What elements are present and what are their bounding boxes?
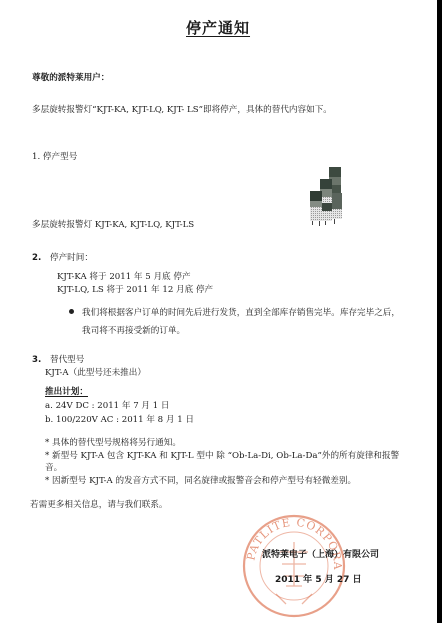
intro-paragraph: 多层旋转报警灯“KJT-KA, KJT-LQ, KJT- LS”即将停产，具体的… bbox=[32, 103, 332, 115]
notice-page: 停产通知 尊敬的派特莱用户： 多层旋转报警灯“KJT-KA, KJT-LQ, K… bbox=[0, 0, 437, 623]
shipping-note-line-2: 我司将不再接受新的订单。 bbox=[82, 324, 185, 336]
shipping-note-line-1: 我们将根据客户订单的时间先后进行发货，直到全部库存销售完毕。库存完毕之后， bbox=[69, 306, 400, 318]
section-1-heading: 1. 停产型号 bbox=[32, 150, 77, 162]
company-signature: 派特莱电子（上海）有限公司 bbox=[262, 547, 379, 560]
section-3-heading: 3. 替代型号 bbox=[32, 353, 84, 365]
company-seal-stamp: PATLITE CORPORATION bbox=[240, 512, 348, 620]
svg-text:PATLITE CORPORATION: PATLITE CORPORATION bbox=[240, 512, 344, 571]
section-2-title: 停产时间： bbox=[50, 253, 93, 263]
section-3-title: 替代型号 bbox=[50, 355, 84, 365]
launch-plan-item: b. 100/220V AC : 2011 年 8 月 1 日 bbox=[45, 413, 194, 425]
section-3-number: 3. bbox=[32, 355, 41, 365]
closing-line: 若需更多相关信息，请与我们联系。 bbox=[30, 498, 168, 510]
scan-edge-bar bbox=[437, 0, 442, 623]
note-item: * 因新型号 KJT-A 的发音方式不同，同名旋律或报警音会和停产型号有轻微差别… bbox=[45, 474, 356, 486]
note-item-continuation: 音。 bbox=[45, 461, 62, 473]
document-title: 停产通知 bbox=[186, 17, 250, 38]
section-2-heading: 2. 停产时间： bbox=[32, 251, 93, 263]
section-1-product-line: 多层旋转报警灯 KJT-KA, KJT-LQ, KJT-LS bbox=[32, 218, 194, 230]
launch-plan-item: a. 24V DC : 2011 年 7 月 1 日 bbox=[45, 399, 170, 411]
greeting: 尊敬的派特莱用户： bbox=[32, 71, 109, 83]
stacked-signal-tower-lights-image bbox=[307, 165, 345, 231]
note-item: * 具体的替代型号规格将另行通知。 bbox=[45, 436, 181, 448]
replacement-model: KJT-A（此型号还未推出） bbox=[45, 366, 146, 378]
section-2-number: 2. bbox=[32, 253, 41, 263]
note-item: * 新型号 KJT-A 包含 KJT-KA 和 KJT-L 型中 除 “Ob-L… bbox=[45, 449, 399, 461]
discontinue-date-line: KJT-KA 将于 2011 年 5 月底 停产 bbox=[57, 270, 191, 282]
launch-plan-heading: 推出计划： bbox=[45, 385, 88, 397]
discontinue-date-line: KJT-LQ, LS 将于 2011 年 12 月底 停产 bbox=[57, 283, 213, 295]
signature-date: 2011 年 5 月 27 日 bbox=[275, 572, 362, 585]
bullet-icon bbox=[69, 309, 74, 314]
